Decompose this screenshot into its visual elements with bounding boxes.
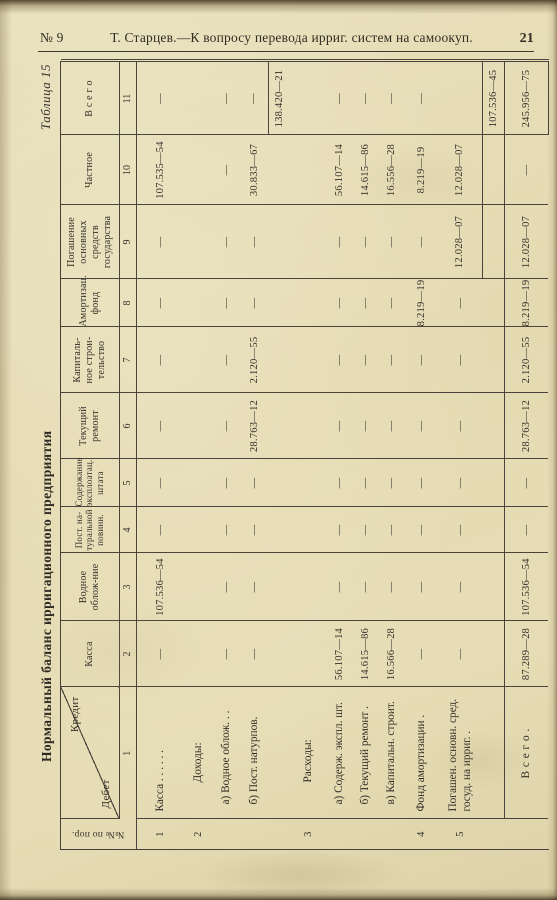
row-label: б) Пост. натурпов.: [240, 687, 268, 819]
row-number: [212, 819, 240, 849]
table-cell: [290, 61, 326, 135]
table-cell: —: [326, 507, 352, 553]
column-header: Текущий ремонт: [61, 393, 119, 459]
table-cell: [268, 459, 290, 507]
row-number: [326, 819, 352, 849]
table-row: а) Водное облож. . . — — — — — — — — — —: [212, 61, 240, 849]
table-cell: —: [404, 459, 438, 507]
table-row: 2 Доходы:: [184, 61, 212, 849]
table-row: 1 Касса . . . . . . — 107.536—54 — — — —…: [136, 61, 184, 849]
table-cell: 12.028—07: [438, 135, 482, 205]
table-cell: 56.107—14: [326, 135, 352, 205]
table-cell: —: [352, 279, 378, 327]
row-label: Погашен. основн. сред. госуд. на ирриг. …: [438, 687, 482, 819]
table-cell: 138.420—21: [268, 61, 290, 135]
column-number: 7: [119, 327, 136, 393]
table-cell: 107.536—45: [482, 61, 504, 135]
scanned-page: № 9 Т. Старцев.—К вопросу перевода ирриг…: [0, 0, 557, 900]
row-label: Касса . . . . . .: [136, 687, 184, 819]
table-cell: [482, 327, 504, 393]
table-cell: [290, 279, 326, 327]
table-cell: [184, 621, 212, 687]
table-cell: —: [404, 327, 438, 393]
table-cell: —: [136, 327, 184, 393]
table-cell: —: [212, 459, 240, 507]
table-cell: —: [352, 327, 378, 393]
table-cell: —: [378, 61, 404, 135]
row-number: 3: [290, 819, 326, 849]
row-label: Доходы:: [184, 687, 212, 819]
table-cell: [482, 279, 504, 327]
table-cell: —: [212, 135, 240, 205]
table-cell: [184, 327, 212, 393]
rotated-table-block: Нормальный баланс ирригационного предпри…: [36, 62, 551, 850]
row-number: [504, 819, 548, 849]
column-number: 6: [119, 393, 136, 459]
table-cell: [268, 135, 290, 205]
table-cell: —: [404, 507, 438, 553]
column-number: 8: [119, 279, 136, 327]
table-cell: —: [352, 459, 378, 507]
table-cell: [482, 205, 504, 279]
row-number: [378, 819, 404, 849]
table-cell: [184, 205, 212, 279]
table-cell: —: [326, 205, 352, 279]
row-number: 2: [184, 819, 212, 849]
table-cell: [268, 553, 290, 621]
table-row: В с е г о . 87.289—28 107.536—54 — — 28.…: [504, 61, 548, 849]
table-cell: —: [438, 393, 482, 459]
header-rule: [38, 51, 534, 52]
header-numbers-row: 1 2 3 4 5 6 7 8 9 10 11: [119, 61, 136, 849]
table-row: 4 Фонд амортизации . — — — — — — 8.219—1…: [404, 61, 438, 849]
table-cell: —: [326, 459, 352, 507]
table-cell: 87.289—28: [504, 621, 548, 687]
table-cell: —: [378, 327, 404, 393]
table-cell: [184, 135, 212, 205]
table-row: 107.536—45: [482, 61, 504, 849]
table-cell: —: [240, 279, 268, 327]
table-cell: 12.028—07: [438, 205, 482, 279]
table-cell: —: [240, 205, 268, 279]
table-cell: 8.219—19: [404, 135, 438, 205]
table-cell: —: [326, 553, 352, 621]
table-cell: 16.556—28: [378, 135, 404, 205]
table-cell: —: [438, 507, 482, 553]
table-cell: —: [404, 393, 438, 459]
table-cell: —: [404, 621, 438, 687]
table-cell: [290, 459, 326, 507]
table-cell: —: [378, 393, 404, 459]
running-title: Т. Старцев.—К вопросу перевода ирриг. си…: [110, 30, 473, 46]
row-label: в) Капитальн. строит.: [378, 687, 404, 819]
row-number: [482, 819, 504, 849]
table-cell: —: [378, 459, 404, 507]
table-row: а) Содерж. экспл. шт. 56.107—14 — — — — …: [326, 61, 352, 849]
table-cell: [290, 507, 326, 553]
issue-number: № 9: [40, 30, 64, 46]
table-cell: [268, 205, 290, 279]
table-cell: —: [212, 205, 240, 279]
table-cell: [184, 459, 212, 507]
table-cell: —: [504, 507, 548, 553]
table-cell: —: [352, 507, 378, 553]
column-number: 1: [119, 687, 136, 819]
table-cell: —: [212, 553, 240, 621]
table-cell: 14.615—86: [352, 135, 378, 205]
table-cell: [438, 61, 482, 135]
table-cell: —: [212, 327, 240, 393]
balance-table: №№ по пор. Кредит Дебет Касса Водное обл…: [61, 60, 549, 850]
table-cell: [184, 61, 212, 135]
row-number: 1: [136, 819, 184, 849]
table-cell: 16.566—28: [378, 621, 404, 687]
column-number: 5: [119, 459, 136, 507]
table-cell: [184, 393, 212, 459]
row-label: б) Текущий ремонт .: [352, 687, 378, 819]
table-cell: 8.219—19: [504, 279, 548, 327]
table-cell: —: [438, 459, 482, 507]
table-cell: 12.028—07: [504, 205, 548, 279]
table-cell: —: [136, 279, 184, 327]
row-order-header-label: №№ по пор.: [72, 829, 125, 839]
table-cell: 28.763—12: [504, 393, 548, 459]
table-cell: [290, 621, 326, 687]
table-cell: —: [240, 553, 268, 621]
column-header: Касса: [61, 621, 119, 687]
table-cell: 245.956—75: [504, 61, 548, 135]
column-number: 4: [119, 507, 136, 553]
table-cell: [268, 327, 290, 393]
table-cell: —: [212, 621, 240, 687]
table-cell: —: [326, 393, 352, 459]
table-cell: [184, 553, 212, 621]
column-number: 10: [119, 135, 136, 205]
table-frame: №№ по пор. Кредит Дебет Касса Водное обл…: [60, 61, 549, 850]
table-cell: —: [136, 459, 184, 507]
table-cell: [268, 507, 290, 553]
debit-credit-corner-cell: Кредит Дебет: [61, 687, 119, 819]
table-cell: [482, 459, 504, 507]
table-cell: —: [438, 621, 482, 687]
column-header: Погашение основных средств государства: [61, 205, 119, 279]
table-cell: —: [352, 205, 378, 279]
table-cell: [482, 621, 504, 687]
table-row: 3 Расходы:: [290, 61, 326, 849]
column-header: Капиталь- ное строи- тельство: [61, 327, 119, 393]
table-cell: 107.536—54: [504, 553, 548, 621]
table-cell: 8.219—19: [404, 279, 438, 327]
row-label: а) Водное облож. . .: [212, 687, 240, 819]
table-cell: 28.763—12: [240, 393, 268, 459]
row-number: [352, 819, 378, 849]
column-number: 2: [119, 621, 136, 687]
table-cell: —: [212, 279, 240, 327]
table-cell: 30.833—67: [240, 135, 268, 205]
table-cell: —: [504, 459, 548, 507]
table-head: №№ по пор. Кредит Дебет Касса Водное обл…: [61, 61, 136, 849]
table-cell: —: [378, 205, 404, 279]
column-header: Частное: [61, 135, 119, 205]
caption-line: Нормальный баланс ирригационного предпри…: [36, 62, 60, 850]
table-cell: 107.536—54: [136, 553, 184, 621]
table-cell: —: [240, 61, 268, 135]
table-cell: —: [136, 507, 184, 553]
row-number: [240, 819, 268, 849]
table-cell: —: [136, 61, 184, 135]
table-title: Нормальный баланс ирригационного предпри…: [39, 431, 55, 762]
table-row: б) Текущий ремонт . 14.615—86 — — — — — …: [352, 61, 378, 849]
column-number: 9: [119, 205, 136, 279]
table-cell: —: [352, 61, 378, 135]
table-row: 138.420—21: [268, 61, 290, 849]
column-header: В с е г о: [61, 61, 119, 135]
table-cell: —: [352, 553, 378, 621]
table-cell: —: [504, 135, 548, 205]
table-cell: —: [378, 553, 404, 621]
table-cell: [290, 205, 326, 279]
table-cell: —: [136, 621, 184, 687]
table-cell: —: [136, 393, 184, 459]
table-body: 1 Касса . . . . . . — 107.536—54 — — — —…: [136, 61, 548, 849]
table-cell: [482, 393, 504, 459]
table-cell: —: [240, 459, 268, 507]
table-cell: —: [352, 393, 378, 459]
table-cell: 107.535—54: [136, 135, 184, 205]
table-cell: [184, 279, 212, 327]
table-cell: —: [404, 205, 438, 279]
table-cell: [482, 553, 504, 621]
page-header: № 9 Т. Старцев.—К вопросу перевода ирриг…: [40, 30, 534, 48]
column-number: 11: [119, 61, 136, 135]
table-row: 5 Погашен. основн. сред. госуд. на ирриг…: [438, 61, 482, 849]
table-cell: —: [326, 279, 352, 327]
table-cell: [290, 553, 326, 621]
row-label: В с е г о .: [504, 687, 548, 819]
row-number: 5: [438, 819, 482, 849]
table-cell: 2.120—55: [504, 327, 548, 393]
table-cell: —: [212, 393, 240, 459]
column-header: Пост. на- туральной повинн.: [61, 507, 119, 553]
table-cell: 14.615—86: [352, 621, 378, 687]
table-cell: [482, 507, 504, 553]
table-cell: —: [378, 279, 404, 327]
row-label: Фонд амортизации .: [404, 687, 438, 819]
table-cell: —: [404, 61, 438, 135]
table-caption: Таблица 15: [38, 64, 54, 130]
row-label: [482, 687, 504, 819]
header-names-row: №№ по пор. Кредит Дебет Касса Водное обл…: [61, 61, 119, 849]
table-cell: —: [212, 507, 240, 553]
column-header: Содержание эксплоатац. штата: [61, 459, 119, 507]
table-cell: [482, 135, 504, 205]
table-cell: [290, 393, 326, 459]
table-cell: [268, 621, 290, 687]
column-header: Амортизац. фонд: [61, 279, 119, 327]
table-cell: 2.120—55: [240, 327, 268, 393]
table-row: в) Капитальн. строит. 16.566—28 — — — — …: [378, 61, 404, 849]
table-cell: 56.107—14: [326, 621, 352, 687]
table-cell: —: [240, 507, 268, 553]
column-number: 3: [119, 553, 136, 621]
table-cell: —: [326, 61, 352, 135]
row-label: а) Содерж. экспл. шт.: [326, 687, 352, 819]
row-number: [268, 819, 290, 849]
row-label: [268, 687, 290, 819]
table-cell: —: [404, 553, 438, 621]
table-cell: [290, 327, 326, 393]
table-cell: —: [326, 327, 352, 393]
page-number: 21: [520, 31, 534, 47]
table-cell: [290, 135, 326, 205]
debit-label: Дебет: [100, 779, 112, 808]
table-cell: —: [136, 205, 184, 279]
row-number: 4: [404, 819, 438, 849]
table-cell: —: [438, 279, 482, 327]
credit-label: Кредит: [69, 697, 81, 733]
table-cell: —: [438, 553, 482, 621]
table-cell: —: [378, 507, 404, 553]
table-cell: [268, 393, 290, 459]
table-cell: —: [240, 621, 268, 687]
column-header: Водное облож-ние: [61, 553, 119, 621]
row-order-header-cell: №№ по пор.: [61, 819, 136, 849]
table-cell: —: [212, 61, 240, 135]
table-row: б) Пост. натурпов. — — — — 28.763—12 2.1…: [240, 61, 268, 849]
table-cell: —: [438, 327, 482, 393]
row-label: Расходы:: [290, 687, 326, 819]
table-cell: [184, 507, 212, 553]
table-cell: [268, 279, 290, 327]
